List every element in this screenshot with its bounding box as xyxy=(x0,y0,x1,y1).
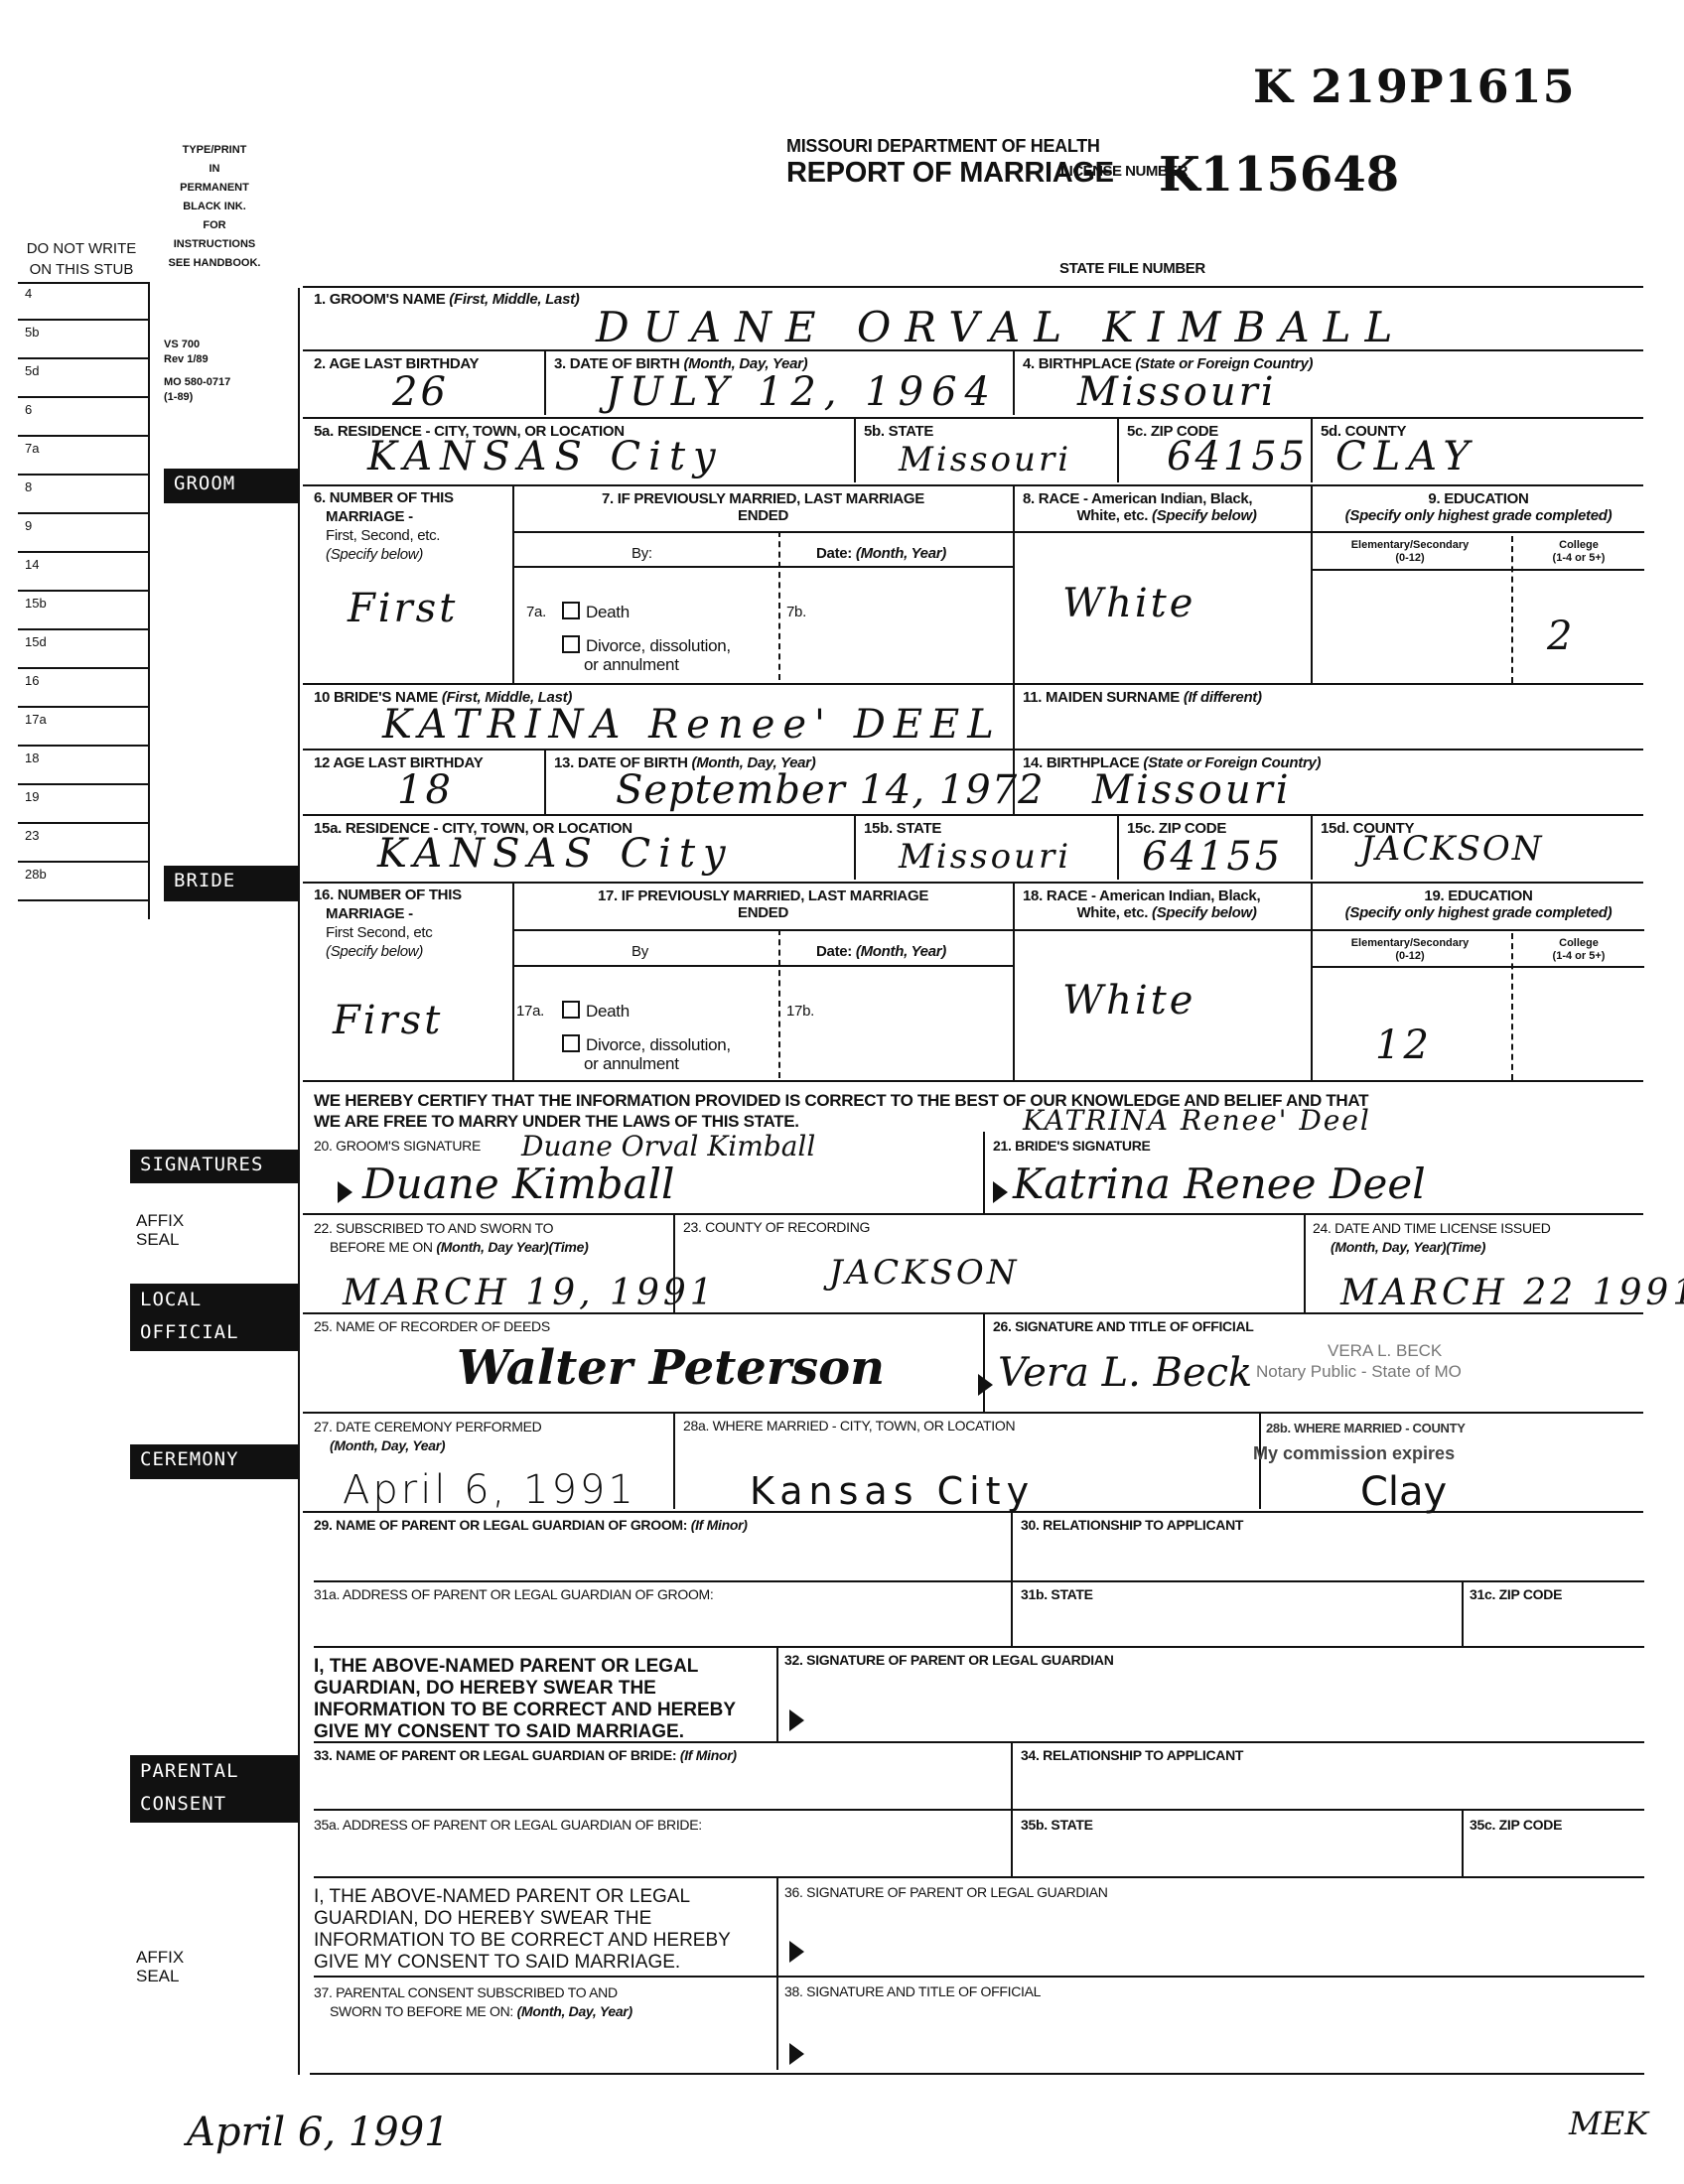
bride-parent-zip-label: 35c. ZIP CODE xyxy=(1470,1817,1562,1834)
divider xyxy=(1013,484,1015,683)
divider xyxy=(314,1741,1644,1743)
ink-instructions: TYPE/PRINTINPERMANENT BLACK INK.FORINSTR… xyxy=(154,141,275,273)
groom-printed-name: Duane Orval Kimball xyxy=(521,1130,815,1162)
bride-state-label: 15b. STATE xyxy=(864,820,941,837)
bride-parent-oath: I, THE ABOVE-NAMED PARENT OR LEGALGUARDI… xyxy=(314,1886,766,1974)
bride-state-value: Missouri xyxy=(899,837,1071,877)
checkbox[interactable] xyxy=(562,602,580,619)
notary-commission: My commission expires xyxy=(1253,1443,1455,1464)
groom-county-value: CLAY xyxy=(1335,434,1477,479)
bride-relationship-label: 34. RELATIONSHIP TO APPLICANT xyxy=(1021,1747,1243,1764)
section-tab-local-official: LOCALOFFICIAL xyxy=(130,1284,298,1351)
bride-signature[interactable]: Katrina Renee Deel xyxy=(1013,1160,1426,1208)
signature-arrow-icon xyxy=(789,2043,804,2065)
license-number: K115648 xyxy=(1159,147,1399,203)
divider xyxy=(778,929,780,1078)
section-tab-signatures: SIGNATURES xyxy=(130,1150,298,1183)
groom-divorce-option[interactable]: Divorce, dissolution,or annulment xyxy=(562,635,731,674)
parental-official-signature-label: 38. SIGNATURE AND TITLE OF OFFICIAL xyxy=(784,1983,1041,2000)
department-name: MISSOURI DEPARTMENT OF HEALTH xyxy=(786,136,1100,157)
groom-state-value: Missouri xyxy=(899,440,1071,479)
ceremony-date-value: April 6, 1991 xyxy=(343,1467,636,1513)
form-top-border xyxy=(303,286,1643,288)
stub-row: 16 xyxy=(18,671,148,708)
bride-college-label: College(1-4 or 5+) xyxy=(1515,937,1642,963)
divider xyxy=(854,417,856,482)
divider xyxy=(1013,349,1015,415)
signature-arrow-icon xyxy=(789,1941,804,1963)
divider xyxy=(512,531,1644,533)
ceremony-date-label: 27. DATE CEREMONY PERFORMED(Month, Day, … xyxy=(314,1418,541,1455)
divider xyxy=(1117,417,1119,482)
divider xyxy=(673,1412,675,1509)
divider xyxy=(1013,882,1015,1080)
divider xyxy=(303,814,1643,816)
bride-residence-value: KANSAS City xyxy=(377,831,734,877)
signature-arrow-icon xyxy=(338,1181,352,1203)
divider xyxy=(303,1511,1643,1513)
groom-7a: 7a. xyxy=(526,604,546,620)
bride-17a: 17a. xyxy=(516,1003,544,1020)
signature-arrow-icon xyxy=(789,1709,804,1731)
divider xyxy=(314,1809,1644,1811)
checkbox[interactable] xyxy=(562,1034,580,1052)
footer-initials: MEK xyxy=(1569,2105,1648,2142)
divider xyxy=(303,1412,1643,1414)
bride-death-option[interactable]: Death xyxy=(562,1001,630,1020)
bride-parent-state-label: 35b. STATE xyxy=(1021,1817,1093,1834)
groom-death-option[interactable]: Death xyxy=(562,602,630,620)
groom-education-label: 9. EDUCATION(Specify only highest grade … xyxy=(1313,490,1644,524)
divider xyxy=(776,1646,778,1741)
checkbox[interactable] xyxy=(562,1001,580,1019)
divider xyxy=(314,1876,1644,1878)
bride-marriage-number-label: 16. NUMBER OF THIS MARRIAGE - First Seco… xyxy=(314,886,462,961)
recorder-signature: Walter Peterson xyxy=(457,1340,885,1396)
stamp-number: K 219P1615 xyxy=(1253,60,1576,113)
stub-row: 19 xyxy=(18,787,148,824)
divider xyxy=(1311,417,1313,482)
groom-college-label: College(1-4 or 5+) xyxy=(1515,539,1642,565)
bride-prev-married-label: 17. IF PREVIOUSLY MARRIED, LAST MARRIAGE… xyxy=(512,887,1014,921)
groom-residence-value: KANSAS City xyxy=(367,434,724,479)
stub-row: 8 xyxy=(18,478,148,514)
groom-signature[interactable]: Duane Kimball xyxy=(362,1160,674,1208)
notary-stamp: VERA L. BECK Notary Public - State of MO xyxy=(1256,1340,1462,1382)
bride-race-label: 18. RACE - American Indian, Black,White,… xyxy=(1023,887,1311,921)
bride-marriage-number-value: First xyxy=(333,998,443,1043)
bride-signature-label: 21. BRIDE'S SIGNATURE xyxy=(993,1138,1151,1155)
divider xyxy=(512,929,1644,931)
divider xyxy=(512,566,1014,568)
stub-row: 17a xyxy=(18,710,148,747)
divider xyxy=(983,1132,985,1213)
groom-7b: 7b. xyxy=(786,604,806,620)
divider xyxy=(544,749,546,814)
form-ids: VS 700Rev 1/89 MO 580-0717(1-89) xyxy=(164,338,230,405)
where-married-county-label: 28b. WHERE MARRIED - COUNTY xyxy=(1266,1420,1466,1436)
divider xyxy=(314,1646,1644,1648)
divider xyxy=(544,349,546,415)
groom-parent-zip-label: 31c. ZIP CODE xyxy=(1470,1586,1562,1603)
groom-elem-label: Elementary/Secondary(0-12) xyxy=(1316,539,1504,565)
groom-marriage-number-label: 6. NUMBER OF THIS MARRIAGE - First, Seco… xyxy=(314,488,454,564)
bride-by-label: By xyxy=(631,943,648,960)
bride-birthplace-value: Missouri xyxy=(1092,767,1292,813)
bride-county-value: JACKSON xyxy=(1360,829,1544,869)
groom-parent-state-label: 31b. STATE xyxy=(1021,1586,1093,1603)
section-tab-ceremony: CEREMONY xyxy=(130,1444,298,1479)
divider xyxy=(303,1080,1643,1082)
divider xyxy=(303,484,1643,486)
divider xyxy=(303,1312,1643,1314)
divider xyxy=(303,683,1643,685)
groom-dob-value: JULY 12, 1964 xyxy=(606,369,998,415)
bride-parent-signature-label: 36. SIGNATURE OF PARENT OR LEGAL GUARDIA… xyxy=(784,1884,1108,1901)
divider xyxy=(983,1312,985,1412)
groom-marriage-number-value: First xyxy=(348,586,458,631)
stub-row: 9 xyxy=(18,516,148,553)
divider xyxy=(1462,1580,1464,1646)
form-bottom-border xyxy=(310,2073,1644,2075)
sworn-date-value: MARCH 19, 1991 xyxy=(343,1273,717,1313)
groom-race-label: 8. RACE - American Indian, Black,White, … xyxy=(1023,490,1311,524)
bride-date-label: Date: (Month, Year) xyxy=(816,943,946,960)
groom-parent-oath: I, THE ABOVE-NAMED PARENT OR LEGALGUARDI… xyxy=(314,1656,766,1743)
divider xyxy=(314,1580,1644,1582)
bride-name-value: KATRINA Renee' DEEL xyxy=(382,702,1002,748)
stub-row: 5d xyxy=(18,361,148,398)
groom-relationship-label: 30. RELATIONSHIP TO APPLICANT xyxy=(1021,1517,1243,1534)
groom-name-value: DUANE ORVAL KIMBALL xyxy=(596,303,1406,351)
groom-race-value: White xyxy=(1062,581,1195,626)
divider xyxy=(673,1213,675,1312)
divider xyxy=(314,1976,1644,1978)
footer-handwritten-date: April 6, 1991 xyxy=(187,2110,450,2155)
divider xyxy=(1511,536,1513,683)
stub-row: 15b xyxy=(18,594,148,630)
divider xyxy=(1311,966,1644,968)
bride-maiden-label: 11. MAIDEN SURNAME (If different) xyxy=(1023,689,1262,706)
stub-row: 6 xyxy=(18,400,148,437)
groom-college-value: 2 xyxy=(1547,614,1575,659)
groom-age-value: 26 xyxy=(392,369,449,415)
stub-row: 14 xyxy=(18,555,148,592)
bride-parent-address-label: 35a. ADDRESS OF PARENT OR LEGAL GUARDIAN… xyxy=(314,1817,702,1834)
bride-17b: 17b. xyxy=(786,1003,814,1020)
stub-row: 15d xyxy=(18,632,148,669)
affix-seal-label: AFFIXSEAL xyxy=(136,1211,184,1249)
consent-sworn-label: 37. PARENTAL CONSENT SUBSCRIBED TO ANDSW… xyxy=(314,1983,632,2021)
bride-dob-value: September 14, 1972 xyxy=(616,767,1045,813)
section-tab-parental-consent: PARENTALCONSENT xyxy=(130,1755,298,1823)
stub-row: 28b xyxy=(18,865,148,901)
divider xyxy=(1013,749,1015,814)
divider xyxy=(1311,569,1644,571)
bride-elem-value: 12 xyxy=(1375,1023,1432,1068)
bride-elem-label: Elementary/Secondary(0-12) xyxy=(1316,937,1504,963)
groom-date-label: Date: (Month, Year) xyxy=(816,545,946,562)
bride-printed-name: KATRINA Renee' Deel xyxy=(1023,1104,1371,1137)
divider xyxy=(303,882,1643,884)
groom-parent-signature-label: 32. SIGNATURE OF PARENT OR LEGAL GUARDIA… xyxy=(784,1652,1114,1669)
bride-race-value: White xyxy=(1062,978,1195,1024)
checkbox[interactable] xyxy=(562,635,580,653)
signature-arrow-icon xyxy=(993,1181,1008,1203)
divider xyxy=(1511,933,1513,1080)
stub-row: 18 xyxy=(18,749,148,785)
bride-age-value: 18 xyxy=(397,767,454,813)
license-issued-label: 24. DATE AND TIME LICENSE ISSUED(Month, … xyxy=(1313,1219,1551,1257)
divider xyxy=(778,531,780,680)
divider xyxy=(1304,1213,1306,1312)
county-recording-label: 23. COUNTY OF RECORDING xyxy=(683,1219,870,1236)
stub-row: 23 xyxy=(18,826,148,863)
license-issued-value: MARCH 22 1991 xyxy=(1340,1273,1684,1313)
groom-prev-married-label: 7. IF PREVIOUSLY MARRIED, LAST MARRIAGEE… xyxy=(512,490,1014,524)
recorder-label: 25. NAME OF RECORDER OF DEEDS xyxy=(314,1318,550,1335)
divider xyxy=(1462,1809,1464,1876)
divider xyxy=(1013,683,1015,749)
divider xyxy=(303,417,1643,419)
sworn-label: 22. SUBSCRIBED TO AND SWORN TOBEFORE ME … xyxy=(314,1219,588,1257)
where-married-value: Kansas City xyxy=(750,1469,1035,1513)
where-married-county-value: Clay xyxy=(1360,1469,1447,1515)
bride-divorce-option[interactable]: Divorce, dissolution,or annulment xyxy=(562,1034,731,1073)
groom-by-label: By: xyxy=(631,545,652,562)
groom-name-label: 1. GROOM'S NAME (First, Middle, Last) xyxy=(314,291,580,308)
stub-row: 7a xyxy=(18,439,148,476)
divider xyxy=(854,814,856,880)
divider xyxy=(303,1213,1643,1215)
official-signature[interactable]: Vera L. Beck xyxy=(998,1350,1252,1396)
divider xyxy=(303,349,1643,351)
bride-education-label: 19. EDUCATION(Specify only highest grade… xyxy=(1313,887,1644,921)
section-tab-bride: BRIDE xyxy=(164,866,298,901)
divider xyxy=(303,749,1643,751)
divider xyxy=(776,1876,778,2070)
groom-signature-label: 20. GROOM'S SIGNATURE xyxy=(314,1138,481,1155)
bride-parent-name-label: 33. NAME OF PARENT OR LEGAL GUARDIAN OF … xyxy=(314,1747,737,1764)
state-file-number-label: STATE FILE NUMBER xyxy=(1059,260,1205,277)
section-tab-groom: GROOM xyxy=(164,469,298,503)
groom-parent-address-label: 31a. ADDRESS OF PARENT OR LEGAL GUARDIAN… xyxy=(314,1586,714,1603)
bride-zip-value: 64155 xyxy=(1142,834,1283,880)
divider xyxy=(1117,814,1119,880)
form-left-border xyxy=(298,288,300,2075)
stub-notice: DO NOT WRITEON THIS STUB xyxy=(12,238,151,280)
groom-parent-name-label: 29. NAME OF PARENT OR LEGAL GUARDIAN OF … xyxy=(314,1517,748,1534)
where-married-label: 28a. WHERE MARRIED - CITY, TOWN, OR LOCA… xyxy=(683,1418,1015,1434)
divider xyxy=(1311,814,1313,880)
groom-birthplace-value: Missouri xyxy=(1077,369,1277,415)
groom-state-label: 5b. STATE xyxy=(864,423,933,440)
affix-seal-label-2: AFFIXSEAL xyxy=(136,1948,184,1985)
divider xyxy=(512,965,1014,967)
county-recording-value: JACKSON xyxy=(829,1253,1020,1293)
official-signature-label: 26. SIGNATURE AND TITLE OF OFFICIAL xyxy=(993,1318,1254,1335)
stub-row: 5b xyxy=(18,323,148,359)
groom-zip-value: 64155 xyxy=(1167,434,1308,479)
stub-row: 4 xyxy=(18,284,148,321)
signature-arrow-icon xyxy=(978,1374,993,1396)
divider xyxy=(1011,1511,1013,1646)
